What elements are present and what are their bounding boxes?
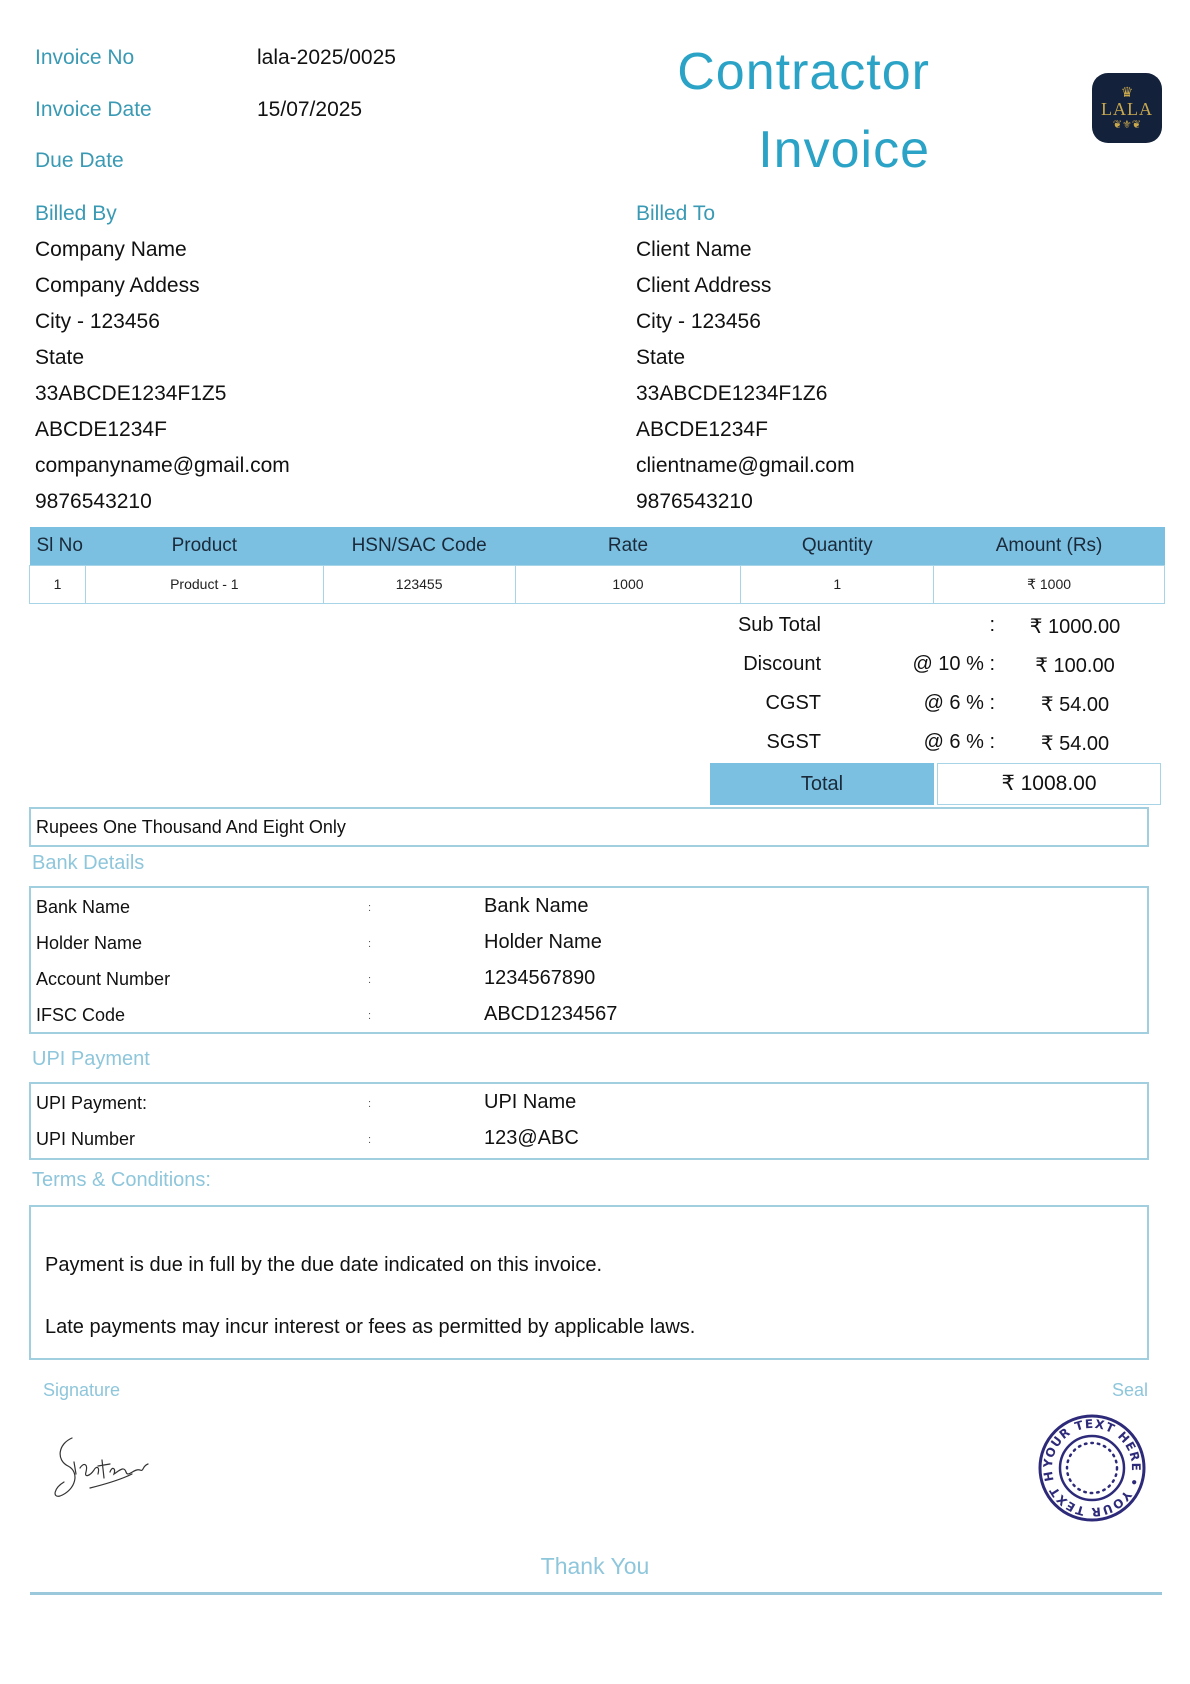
upi-number-sep: : <box>368 1134 371 1146</box>
fleur-de-lis-icon: ❦⚜❦ <box>1113 119 1141 131</box>
cell-quantity: 1 <box>741 565 934 603</box>
cgst-row: CGST @ 6 % : ₹ 54.00 <box>700 684 1170 722</box>
billed-to-gstin: 33ABCDE1234F1Z6 <box>636 376 1156 412</box>
col-quantity: Quantity <box>741 527 934 565</box>
footer-divider <box>30 1592 1162 1595</box>
cgst-value: ₹ 54.00 <box>1000 692 1150 717</box>
billed-to-state: State <box>636 340 1156 376</box>
col-hsn-sac: HSN/SAC Code <box>323 527 515 565</box>
billed-to-phone: 9876543210 <box>636 484 1156 520</box>
account-number-row: Account Number : 1234567890 <box>36 962 1136 998</box>
items-header-row: Sl No Product HSN/SAC Code Rate Quantity… <box>30 527 1165 565</box>
crown-icon: ♛ <box>1121 85 1134 99</box>
ifsc-code-key: IFSC Code <box>36 1005 125 1026</box>
billed-by-state: State <box>35 340 555 376</box>
account-number-key: Account Number <box>36 969 170 990</box>
upi-heading: UPI Payment <box>32 1048 150 1071</box>
subtotal-row: Sub Total : ₹ 1000.00 <box>700 606 1170 644</box>
invoice-no-label: Invoice No <box>35 46 134 70</box>
cell-sl-no: 1 <box>30 565 86 603</box>
billed-by-heading: Billed By <box>35 196 555 232</box>
seal-stamp-icon: YOUR TEXT HERE • YOUR TEXT HERE • <box>1036 1412 1148 1524</box>
billed-to-city: City - 123456 <box>636 304 1156 340</box>
billed-by-email: companyname@gmail.com <box>35 448 555 484</box>
holder-name-row: Holder Name : Holder Name <box>36 926 1136 962</box>
terms-line-2: Late payments may incur interest or fees… <box>45 1316 695 1339</box>
bank-name-sep: : <box>368 902 371 914</box>
discount-label: Discount <box>743 653 821 676</box>
ifsc-code-value: ABCD1234567 <box>484 1003 617 1026</box>
terms-heading: Terms & Conditions: <box>32 1169 211 1192</box>
total-label: Total <box>710 763 934 805</box>
title-line-2: Invoice <box>600 124 930 176</box>
billed-to-heading: Billed To <box>636 196 1156 232</box>
upi-number-row: UPI Number : 123@ABC <box>36 1122 1136 1158</box>
bank-name-row: Bank Name : Bank Name <box>36 890 1136 926</box>
upi-box: UPI Payment: : UPI Name UPI Number : 123… <box>29 1082 1149 1160</box>
cell-product: Product - 1 <box>85 565 323 603</box>
holder-name-value: Holder Name <box>484 931 602 954</box>
upi-payment-row: UPI Payment: : UPI Name <box>36 1086 1136 1122</box>
billed-to-email: clientname@gmail.com <box>636 448 1156 484</box>
holder-name-sep: : <box>368 938 371 950</box>
col-rate: Rate <box>515 527 741 565</box>
sgst-row: SGST @ 6 % : ₹ 54.00 <box>700 723 1170 761</box>
billed-to-client-name: Client Name <box>636 232 1156 268</box>
company-logo: ♛ LALA ❦⚜❦ <box>1092 73 1162 143</box>
billed-to-address: Client Address <box>636 268 1156 304</box>
ifsc-code-row: IFSC Code : ABCD1234567 <box>36 998 1136 1034</box>
table-row: 1 Product - 1 123455 1000 1 ₹ 1000 <box>30 565 1165 603</box>
title-line-1: Contractor <box>600 46 930 98</box>
billed-by: Billed By Company Name Company Addess Ci… <box>35 196 555 520</box>
terms-box: Payment is due in full by the due date i… <box>29 1205 1149 1360</box>
cell-amount: ₹ 1000 <box>934 565 1165 603</box>
bank-name-value: Bank Name <box>484 895 589 918</box>
discount-value: ₹ 100.00 <box>1000 653 1150 678</box>
terms-line-1: Payment is due in full by the due date i… <box>45 1254 602 1277</box>
discount-row: Discount @ 10 % : ₹ 100.00 <box>700 645 1170 683</box>
sgst-rate: @ 6 % : <box>855 731 995 754</box>
total-value: ₹ 1008.00 <box>937 763 1161 805</box>
billed-to: Billed To Client Name Client Address Cit… <box>636 196 1156 520</box>
cell-hsn-sac: 123455 <box>323 565 515 603</box>
sgst-value: ₹ 54.00 <box>1000 731 1150 756</box>
invoice-date-label: Invoice Date <box>35 98 152 122</box>
subtotal-value: ₹ 1000.00 <box>1000 614 1150 639</box>
items-table: Sl No Product HSN/SAC Code Rate Quantity… <box>29 527 1165 604</box>
billed-by-phone: 9876543210 <box>35 484 555 520</box>
billed-by-city: City - 123456 <box>35 304 555 340</box>
billed-to-pan: ABCDE1234F <box>636 412 1156 448</box>
col-sl-no: Sl No <box>30 527 86 565</box>
account-number-value: 1234567890 <box>484 967 595 990</box>
amount-in-words: Rupees One Thousand And Eight Only <box>29 807 1149 847</box>
cell-rate: 1000 <box>515 565 741 603</box>
billed-by-gstin: 33ABCDE1234F1Z5 <box>35 376 555 412</box>
upi-number-value: 123@ABC <box>484 1127 579 1150</box>
bank-name-key: Bank Name <box>36 897 130 918</box>
billed-by-pan: ABCDE1234F <box>35 412 555 448</box>
signature-image <box>50 1432 160 1502</box>
signature-label: Signature <box>43 1380 120 1401</box>
due-date-label: Due Date <box>35 149 124 173</box>
col-amount: Amount (Rs) <box>934 527 1165 565</box>
cgst-rate: @ 6 % : <box>855 692 995 715</box>
billed-by-company-name: Company Name <box>35 232 555 268</box>
invoice-no-value: lala-2025/0025 <box>257 46 396 70</box>
subtotal-rate: : <box>855 614 995 637</box>
cgst-label: CGST <box>765 692 821 715</box>
holder-name-key: Holder Name <box>36 933 142 954</box>
seal-label: Seal <box>1112 1380 1148 1401</box>
ifsc-code-sep: : <box>368 1010 371 1022</box>
bank-details-heading: Bank Details <box>32 852 144 875</box>
billed-by-address: Company Addess <box>35 268 555 304</box>
upi-payment-sep: : <box>368 1098 371 1110</box>
logo-text: LALA <box>1101 99 1153 119</box>
upi-payment-key: UPI Payment: <box>36 1093 147 1114</box>
invoice-date-value: 15/07/2025 <box>257 98 362 122</box>
account-number-sep: : <box>368 974 371 986</box>
bank-details-box: Bank Name : Bank Name Holder Name : Hold… <box>29 886 1149 1034</box>
subtotal-label: Sub Total <box>738 614 821 637</box>
sgst-label: SGST <box>767 731 821 754</box>
upi-number-key: UPI Number <box>36 1129 135 1150</box>
thank-you: Thank You <box>0 1553 1190 1580</box>
col-product: Product <box>85 527 323 565</box>
upi-payment-value: UPI Name <box>484 1091 576 1114</box>
discount-rate: @ 10 % : <box>855 653 995 676</box>
